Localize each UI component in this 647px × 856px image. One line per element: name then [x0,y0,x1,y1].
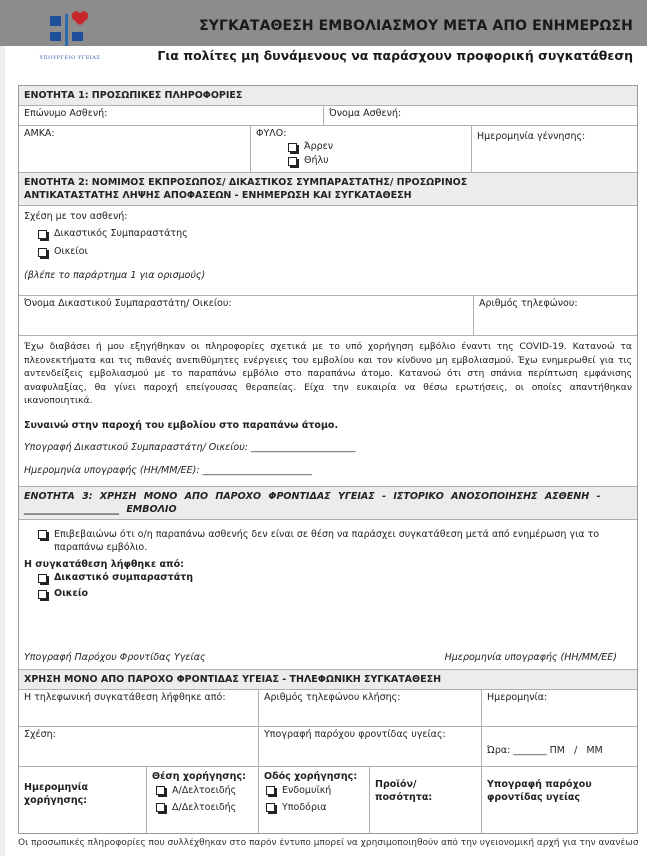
consent-statement: Συναινώ στην παροχή του εμβολίου στο παρ… [24,420,632,431]
statement-text: Έχω διαβάσει ή μου εξηγήθηκαν οι πληροφο… [24,340,632,408]
relation-option-guardian[interactable]: Δικαστικός Συμπαραστάτης [38,225,632,243]
guardian-phone-field[interactable]: Αριθμός τηλεφώνου: [474,296,637,335]
provider-signature-label[interactable]: Υπογραφή Παρόχου Φροντίδας Υγείας [24,652,206,663]
admin-date-field[interactable]: Ημερομηνία χορήγησης: [19,767,147,833]
checkbox-icon[interactable] [288,157,297,166]
phone-relation-field[interactable]: Σχέση: [19,727,259,766]
logo-square-icon [72,32,83,41]
checkbox-icon[interactable] [266,786,275,795]
consent-from-guardian[interactable]: Δικαστικό συμπαραστάτη [38,570,632,586]
checkbox-icon[interactable] [156,786,165,795]
guardian-signature-line[interactable]: Υπογραφή Δικαστικού Συμπαραστάτη/ Οικείο… [24,442,632,453]
section1-title: ΕΝΟΤΗΤΑ 1: ΠΡΟΣΩΠΙΚΕΣ ΠΛΗΡΟΦΟΡΙΕΣ [19,86,637,106]
section3-block: Επιβεβαιώνω ότι ο/η παραπάνω ασθενής δεν… [19,520,637,670]
phone-row-1: Η τηλεφωνική συγκατάθεση λήφθηκε από: Αρ… [19,690,637,727]
sex-option-male[interactable]: Άρρεν [288,140,466,154]
sex-field: ΦΥΛΟ: Άρρεν Θήλυ [251,126,472,172]
am-option[interactable]: ΠΜ [550,745,565,756]
consent-form: ΕΝΟΤΗΤΑ 1: ΠΡΟΣΩΠΙΚΕΣ ΠΛΗΡΟΦΟΡΙΕΣ Επώνυμ… [18,85,638,834]
site-option-left-deltoid[interactable]: Α/Δελτοειδής [156,782,253,799]
pm-option[interactable]: ΜΜ [586,745,602,756]
sex-label: ΦΥΛΟ: [256,128,466,140]
checkbox-icon[interactable] [38,248,47,257]
caduceus-icon [65,14,68,46]
guardian-row: Όνομα Δικαστικού Συμπαραστάτη/ Οικείου: … [19,296,637,336]
relation-block: Σχέση με τον ασθενή: Δικαστικός Συμπαρασ… [19,206,637,296]
checkbox-icon[interactable] [288,143,297,152]
logo-caption: ΥΠΟΥΡΓΕΙΟ ΥΓΕΙΑΣ [20,55,120,61]
phone-row-2: Σχέση: Υπογραφή παρόχου φροντίδας υγείας… [19,727,637,767]
page-edge [0,46,5,856]
phone-section-title: ΧΡΗΣΗ ΜΟΝΟ ΑΠΟ ΠΑΡΟΧΟ ΦΡΟΝΤΙΔΑΣ ΥΓΕΙΑΣ -… [19,670,637,690]
page-subtitle: Για πολίτες μη δυνάμενους να παράσχουν π… [157,48,633,63]
admin-site-field: Θέση χορήγησης: Α/Δελτοειδής Δ/Δελτοειδή… [147,767,259,833]
guardian-name-label: Όνομα Δικαστικού Συμπαραστάτη/ Οικείου: [24,298,232,309]
relation-label: Σχέση με τον ασθενή: [24,209,632,225]
checkbox-icon[interactable] [156,803,165,812]
admin-route-field: Οδός χορήγησης: Ενδομυϊκή Υποδόρια [259,767,370,833]
amka-label: ΑΜΚΑ: [24,128,55,139]
site-option-right-deltoid[interactable]: Δ/Δελτοειδής [156,799,253,816]
provider-sign-date-label[interactable]: Ημερομηνία υπογραφής (ΗΗ/ΜΜ/ΕΕ) [445,652,617,663]
route-option-subcutaneous[interactable]: Υποδόρια [266,799,364,816]
birthdate-field[interactable]: Ημερομηνία γέννησης: [472,126,637,172]
phone-date-field[interactable]: Ημερομηνία: [482,690,637,726]
checkbox-icon[interactable] [38,530,47,539]
guardian-name-field[interactable]: Όνομα Δικαστικού Συμπαραστάτη/ Οικείου: [19,296,474,335]
definitions-note: (βλέπε το παράρτημα 1 για ορισμούς) [24,270,632,281]
call-phone-field[interactable]: Αριθμός τηλεφώνου κλήσης: [259,690,482,726]
guardian-phone-label: Αριθμός τηλεφώνου: [479,298,578,309]
logo-square-icon [50,16,61,26]
time-field[interactable]: Ώρα: _______ ΠΜ / ΜΜ [482,727,637,766]
patient-info-row: ΑΜΚΑ: ΦΥΛΟ: Άρρεν Θήλυ Ημερομηνία γέννησ… [19,126,637,173]
sex-option-female[interactable]: Θήλυ [288,154,466,168]
name-field[interactable]: Όνομα Ασθενή: [324,106,637,125]
amka-field[interactable]: ΑΜΚΑ: [19,126,251,172]
privacy-note: Οι προσωπικές πληροφορίες που συλλέχθηκα… [18,838,638,848]
guardian-sign-date-line[interactable]: Ημερομηνία υπογραφής (ΗΗ/ΜΜ/ΕΕ): _______… [24,465,632,476]
patient-name-row: Επώνυμο Ασθενή: Όνομα Ασθενή: [19,106,637,126]
phone-provider-signature-field[interactable]: Υπογραφή παρόχου φροντίδας υγείας: [259,727,482,766]
admin-signature-field[interactable]: Υπογραφή παρόχου φροντίδας υγείας [482,767,637,833]
surname-label: Επώνυμο Ασθενή: [24,108,107,119]
checkbox-icon[interactable] [38,590,47,599]
checkbox-icon[interactable] [266,803,275,812]
administration-row: Ημερομηνία χορήγησης: Θέση χορήγησης: Α/… [19,767,637,833]
product-field[interactable]: Προϊόν/ ποσότητα: [370,767,482,833]
birthdate-label: Ημερομηνία γέννησης: [477,131,585,142]
heart-icon [72,12,88,26]
checkbox-icon[interactable] [38,574,47,583]
name-label: Όνομα Ασθενή: [329,108,401,119]
route-option-intramuscular[interactable]: Ενδομυϊκή [266,782,364,799]
statement-block: Έχω διαβάσει ή μου εξηγήθηκαν οι πληροφο… [19,336,637,487]
surname-field[interactable]: Επώνυμο Ασθενή: [19,106,324,125]
section2-title: ΕΝΟΤΗΤΑ 2: ΝΟΜΙΜΟΣ ΕΚΠΡΟΣΩΠΟΣ/ ΔΙΚΑΣΤΙΚΟ… [19,173,637,206]
relation-option-relatives[interactable]: Οικείοι [38,243,632,261]
page-title: ΣΥΓΚΑΤΑΘΕΣΗ ΕΜΒΟΛΙΑΣΜΟΥ ΜΕΤΑ ΑΠΟ ΕΝΗΜΕΡΩ… [199,18,633,34]
consent-from-label: Η συγκατάθεση λήφθηκε από: [24,559,632,570]
logo-square-icon [50,32,61,41]
confirm-option[interactable]: Επιβεβαιώνω ότι ο/η παραπάνω ασθενής δεν… [38,528,632,554]
section3-title: ΕΝΟΤΗΤΑ 3: ΧΡΗΣΗ ΜΟΝΟ ΑΠΟ ΠΑΡΟΧΟ ΦΡΟΝΤΙΔ… [19,487,637,520]
received-from-field[interactable]: Η τηλεφωνική συγκατάθεση λήφθηκε από: [19,690,259,726]
checkbox-icon[interactable] [38,230,47,239]
consent-from-relative[interactable]: Οικείο [38,586,632,602]
ministry-logo [36,10,106,70]
